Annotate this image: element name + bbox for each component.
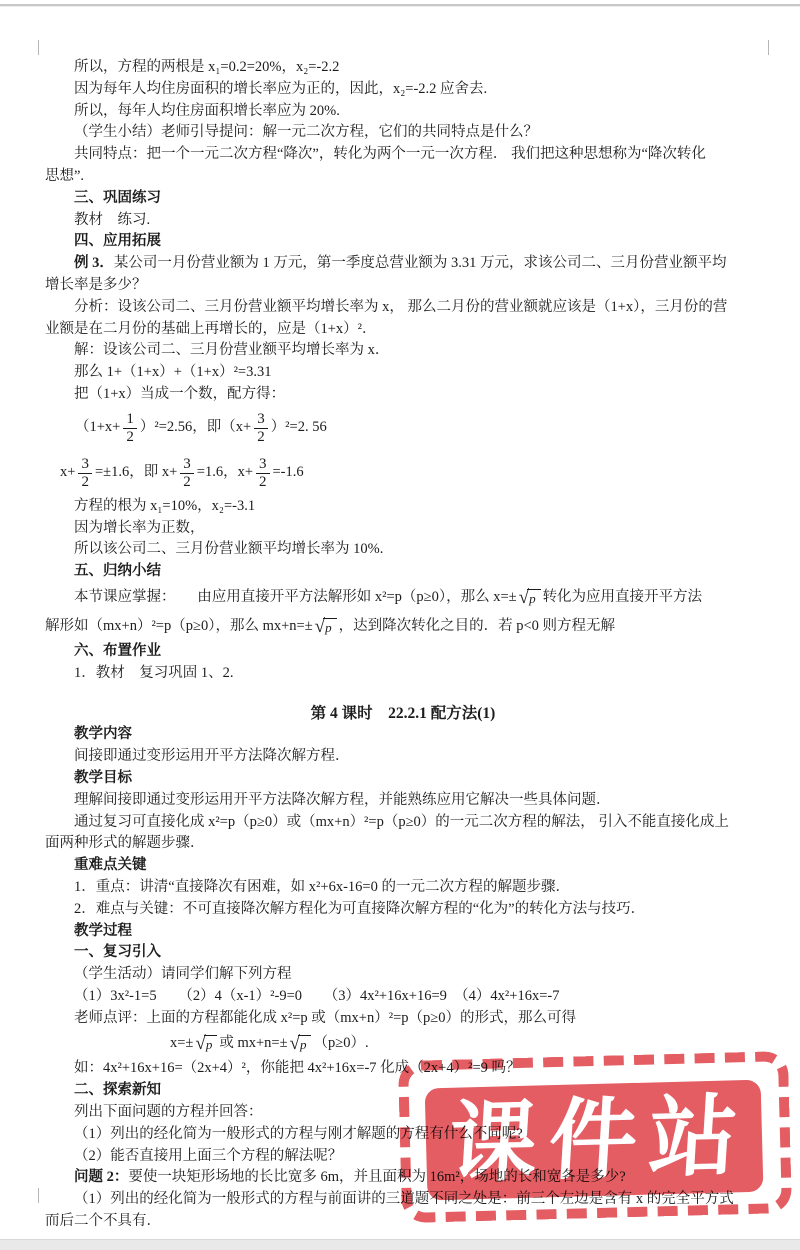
text-run: 间接即通过变形运用开平方法降次解方程． xyxy=(74,748,350,764)
text-run: 或 mx+n=± xyxy=(219,1033,287,1055)
page-bottom-edge xyxy=(0,1239,800,1250)
text-run: 六、布置作业 xyxy=(74,643,161,659)
text-run: 通过复习可直接化成 x²=p（p≥0）或（mx+n）²=p（p≥0）的一元二次方… xyxy=(74,814,729,830)
text-run: （1）3x²-1=5 （2）4（x-1）²-9=0 （3）4x²+16x+16=… xyxy=(74,988,559,1004)
doc-line: 所以，每年人均住房面积增长率应为 20%. xyxy=(45,101,761,123)
text-run: 一、复习引入 xyxy=(74,944,161,960)
text-run: 教学目标 xyxy=(74,770,132,786)
doc-line: 教材 练习. xyxy=(45,210,761,232)
text-run: 列出下面问题的方程并回答： xyxy=(74,1104,263,1120)
doc-line: 1．重点：讲清“直接降次有困难，如 x²+6x-16=0 的一元二次方程的解题步… xyxy=(45,877,761,899)
doc-line: 三、巩固练习 xyxy=(45,188,761,210)
doc-line: 重难点关键 xyxy=(45,855,761,877)
doc-line: x+32 =±1.6，即 x+32 =1.6，x+32 =-1.6 xyxy=(45,451,761,496)
doc-line: 老师点评：上面的方程都能化成 x²=p 或（mx+n）²=p（p≥0）的形式，那… xyxy=(45,1008,761,1030)
doc-line: 1．教材 复习巩固 1、2. xyxy=(45,663,761,685)
text-run: 2．难点与关键：不可直接降次解方程化为可直接降次解方程的“化为”的转化方法与技巧… xyxy=(74,901,645,917)
doc-line: （学生小结）老师引导提问：解一元二次方程，它们的共同特点是什么？ xyxy=(45,122,761,144)
text-run: 老师点评：上面的方程都能化成 x²=p 或（mx+n）²=p（p≥0）的形式，那… xyxy=(74,1010,576,1026)
text-run: 解：设该公司二、三月份营业额平均增长率为 x． xyxy=(74,342,389,358)
stamp-inner-rect: 课件站 xyxy=(425,1080,764,1201)
text-run: 所以该公司二、三月份营业额平均增长率为 10%. xyxy=(74,541,383,557)
doc-line: 思想”. xyxy=(45,166,761,188)
text-run: 那么 1+（1+x）+（1+x）²=3.31 xyxy=(74,364,271,380)
square-root: √p xyxy=(290,1034,312,1053)
text-run: ）²=2. 56 xyxy=(271,417,327,439)
text-run: 某公司一月份营业额为 1 万元，第一季度总营业额为 3.31 万元，求该公司二、… xyxy=(114,255,727,271)
square-root: √p xyxy=(315,617,337,636)
text-run: （学生小结）老师引导提问：解一元二次方程，它们的共同特点是什么？ xyxy=(74,124,538,140)
doc-line: 因为增长率为正数， xyxy=(45,518,761,540)
doc-line: 面两种形式的解题步骤． xyxy=(45,833,761,855)
text-run: 1．教材 复习巩固 1、2. xyxy=(74,665,234,681)
doc-line: 所以，方程的两根是 x₁=0.2=20%，x₂=-2.2 xyxy=(45,57,761,79)
square-root: √p xyxy=(195,1034,217,1053)
doc-line: 教学目标 xyxy=(45,768,761,790)
text-run: 把（1+x）当成一个数，配方得： xyxy=(74,386,285,402)
text-run: x=± xyxy=(170,1033,193,1055)
doc-line: 解：设该公司二、三月份营业额平均增长率为 x． xyxy=(45,340,761,362)
doc-line: 例 3．某公司一月份营业额为 1 万元，第一季度总营业额为 3.31 万元，求该… xyxy=(45,253,761,275)
text-run: 分析：设该公司二、三月份营业额平均增长率为 x， 那么二月份的营业额就应该是（1… xyxy=(74,299,727,315)
doc-line: 分析：设该公司二、三月份营业额平均增长率为 x， 那么二月份的营业额就应该是（1… xyxy=(45,297,761,319)
margin-crop-mark-top-right xyxy=(768,40,769,55)
text-run: x+ xyxy=(60,462,75,484)
text-run: 因为增长率为正数， xyxy=(74,520,205,536)
text-run: 二、探索新知 xyxy=(74,1082,161,1098)
doc-line: 四、应用拓展 xyxy=(45,231,761,253)
text-run: 教学内容 xyxy=(74,726,132,742)
document-page: 所以，方程的两根是 x₁=0.2=20%，x₂=-2.2因为每年人均住房面积的增… xyxy=(0,0,800,1250)
text-run: （p≥0）. xyxy=(313,1033,368,1055)
text-run: 方程的根为 x₁=10%，x₂=-3.1 xyxy=(74,498,255,514)
text-run: 所以，方程的两根是 x₁=0.2=20%，x₂=-2.2 xyxy=(74,59,339,75)
doc-line: 把（1+x）当成一个数，配方得： xyxy=(45,384,761,406)
text-run: 五、归纳小结 xyxy=(74,563,161,579)
doc-line: 2．难点与关键：不可直接降次解方程化为可直接降次解方程的“化为”的转化方法与技巧… xyxy=(45,899,761,921)
text-run: 教材 练习. xyxy=(74,212,150,228)
text-run: 理解间接即通过变形运用开平方法降次解方程，并能熟练应用它解决一些具体问题． xyxy=(74,792,611,808)
text-run: 解形如（mx+n）²=p（p≥0），那么 mx+n=± xyxy=(45,616,313,638)
doc-line: 教学过程 xyxy=(45,921,761,943)
margin-crop-mark-bottom-left xyxy=(38,1188,39,1203)
doc-line: 共同特点：把一个一元二次方程“降次”，转化为两个一元一次方程． 我们把这种思想称… xyxy=(45,144,761,166)
text-run: （学生活动）请同学们解下列方程 xyxy=(74,966,292,982)
doc-line: 理解间接即通过变形运用开平方法降次解方程，并能熟练应用它解决一些具体问题． xyxy=(45,790,761,812)
fraction: 32 xyxy=(254,411,268,447)
text-run: 思想”. xyxy=(45,168,84,184)
text-run: 重难点关键 xyxy=(74,857,147,873)
fraction: 12 xyxy=(123,411,137,447)
fraction: 32 xyxy=(180,456,194,492)
doc-line: 所以该公司二、三月份营业额平均增长率为 10%. xyxy=(45,539,761,561)
page-top-edge-highlight xyxy=(0,6,800,7)
doc-line: 教学内容 xyxy=(45,724,761,746)
text-run: 增长率是多少？ xyxy=(45,277,147,293)
text-run: 面两种形式的解题步骤． xyxy=(45,835,205,851)
text-run: 1．重点：讲清“直接降次有困难，如 x²+6x-16=0 的一元二次方程的解题步… xyxy=(74,879,570,895)
doc-line: （1+x+12）²=2.56，即（x+32）²=2. 56 xyxy=(45,406,761,451)
text-run: 第 4 课时 22.2.1 配方法(1) xyxy=(311,705,496,722)
doc-line: 通过复习可直接化成 x²=p（p≥0）或（mx+n）²=p（p≥0）的一元二次方… xyxy=(45,812,761,834)
text-run: 四、应用拓展 xyxy=(74,233,161,249)
doc-line: 解形如（mx+n）²=p（p≥0），那么 mx+n=±√p ，达到降次转化之目的… xyxy=(45,612,761,641)
fraction: 32 xyxy=(78,456,92,492)
text-run: 问题 2： xyxy=(74,1169,128,1185)
fraction: 32 xyxy=(256,456,270,492)
doc-line: 间接即通过变形运用开平方法降次解方程． xyxy=(45,746,761,768)
text-run: 教学过程 xyxy=(74,923,132,939)
doc-line: （学生活动）请同学们解下列方程 xyxy=(45,964,761,986)
text-run: 三、巩固练习 xyxy=(74,190,161,206)
doc-line: 六、布置作业 xyxy=(45,641,761,663)
doc-line: （1）3x²-1=5 （2）4（x-1）²-9=0 （3）4x²+16x+16=… xyxy=(45,986,761,1008)
text-run: =1.6，x+ xyxy=(197,462,253,484)
watermark-stamp: 课件站 xyxy=(398,1051,794,1225)
text-run: 业额是在二月份的基础上再增长的，应是（1+x）²． xyxy=(45,321,377,337)
doc-line: 本节课应掌握： 由应用直接开平方法解形如 x²=p（p≥0），那么 x=±√p … xyxy=(45,583,761,612)
text-run: （1+x+ xyxy=(75,417,120,439)
text-run: （2）能否直接用上面三个方程的解法呢？ xyxy=(74,1148,342,1164)
margin-crop-mark-top-left xyxy=(38,40,39,55)
text-run: =-1.6 xyxy=(273,462,304,484)
square-root: √p xyxy=(519,588,541,607)
doc-line: 方程的根为 x₁=10%，x₂=-3.1 xyxy=(45,496,761,518)
text-run: 共同特点：把一个一元二次方程“降次”，转化为两个一元一次方程． 我们把这种思想称… xyxy=(74,146,706,162)
doc-line xyxy=(45,685,761,703)
text-run: 转化为应用直接开平方法 xyxy=(543,587,703,609)
doc-line: 一、复习引入 xyxy=(45,942,761,964)
text-run: 例 3． xyxy=(74,255,114,271)
text-run: 本节课应掌握： 由应用直接开平方法解形如 x²=p（p≥0），那么 x=± xyxy=(74,587,517,609)
doc-line: 因为每年人均住房面积的增长率应为正的，因此，x₂=-2.2 应舍去. xyxy=(45,79,761,101)
text-run: 因为每年人均住房面积的增长率应为正的，因此，x₂=-2.2 应舍去. xyxy=(74,81,487,97)
doc-line: 那么 1+（1+x）+（1+x）²=3.31 xyxy=(45,362,761,384)
text-run: ）²=2.56，即（x+ xyxy=(140,417,251,439)
text-run: 所以，每年人均住房面积增长率应为 20%. xyxy=(74,103,340,119)
watermark-text: 课件站 xyxy=(436,1092,751,1188)
text-run: ，达到降次转化之目的．若 p<0 则方程无解 xyxy=(339,616,615,638)
text-run: 而后二个不具有． xyxy=(45,1213,161,1229)
doc-line: 增长率是多少？ xyxy=(45,275,761,297)
doc-line: 第 4 课时 22.2.1 配方法(1) xyxy=(45,703,761,725)
doc-line: 五、归纳小结 xyxy=(45,561,761,583)
text-run: =±1.6，即 x+ xyxy=(95,462,177,484)
doc-line: 业额是在二月份的基础上再增长的，应是（1+x）²． xyxy=(45,319,761,341)
